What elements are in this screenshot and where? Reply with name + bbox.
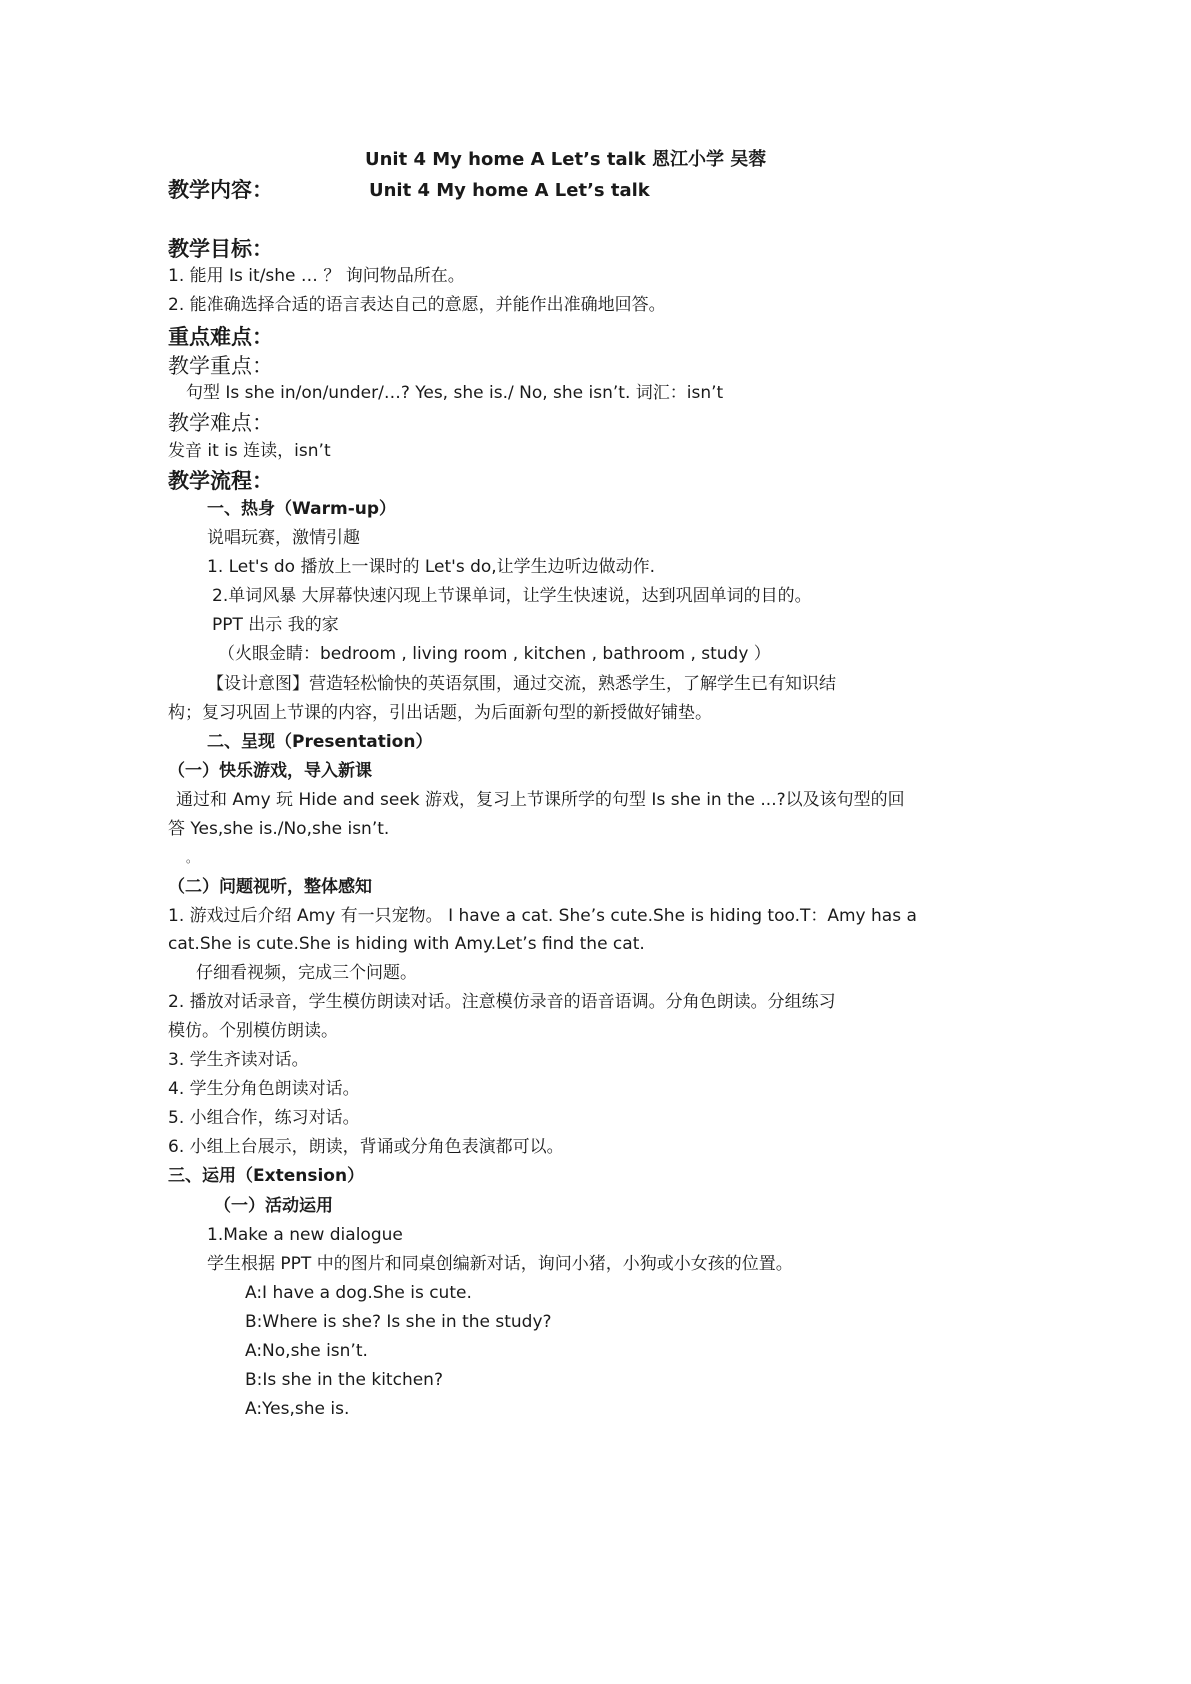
content-label: 教学内容： bbox=[168, 176, 273, 204]
dialogue-line: B:Where is she? Is she in the study? bbox=[245, 1310, 552, 1334]
focus-label: 教学重点： bbox=[168, 352, 273, 380]
presentation-heading: 二、呈现（Presentation） bbox=[207, 730, 432, 754]
focus-text: 句型 Is she in/on/under/…? Yes, she is./ N… bbox=[186, 381, 723, 405]
dialogue-line: B:Is she in the kitchen? bbox=[245, 1368, 443, 1392]
difficulty-text: 发音 it is 连读，isn’t bbox=[168, 439, 331, 463]
warmup-line: （火眼金睛：bedroom , living room , kitchen , … bbox=[218, 642, 771, 666]
design-intent-cont: 构；复习巩固上节课的内容，引出话题，为后面新句型的新授做好铺垫。 bbox=[168, 701, 712, 725]
presentation-part2-line: 仔细看视频，完成三个问题。 bbox=[196, 961, 417, 985]
presentation-part2-line: 6. 小组上台展示，朗读，背诵或分角色表演都可以。 bbox=[168, 1135, 564, 1159]
presentation-part2-line: 4. 学生分角色朗读对话。 bbox=[168, 1077, 360, 1101]
warmup-heading: 一、热身（Warm-up） bbox=[207, 497, 396, 521]
presentation-part1-heading: （一）快乐游戏，导入新课 bbox=[168, 759, 372, 783]
warmup-line: PPT 出示 我的家 bbox=[212, 613, 339, 637]
warmup-line: 说唱玩赛，激情引趣 bbox=[207, 526, 360, 550]
dialogue-line: A:Yes,she is. bbox=[245, 1397, 349, 1421]
extension-part1-heading: （一）活动运用 bbox=[214, 1194, 333, 1218]
content-value: Unit 4 My home A Let’s talk bbox=[369, 179, 650, 203]
objectives-heading: 教学目标： bbox=[168, 235, 273, 263]
objective-item: 2. 能准确选择合适的语言表达自己的意愿，并能作出准确地回答。 bbox=[168, 293, 666, 317]
difficulty-label: 教学难点： bbox=[168, 409, 273, 437]
dialogue-line: A:No,she isn’t. bbox=[245, 1339, 368, 1363]
stray-period: 。 bbox=[186, 846, 198, 870]
warmup-line: 1. Let's do 播放上一课时的 Let's do,让学生边听边做动作. bbox=[207, 555, 655, 579]
key-points-heading: 重点难点： bbox=[168, 323, 273, 351]
presentation-part2-line: 模仿。个别模仿朗读。 bbox=[168, 1019, 338, 1043]
presentation-part2-line: 5. 小组合作，练习对话。 bbox=[168, 1106, 360, 1130]
presentation-part2-line: 2. 播放对话录音，学生模仿朗读对话。注意模仿录音的语音语调。分角色朗读。分组练… bbox=[168, 990, 836, 1014]
extension-heading: 三、运用（Extension） bbox=[168, 1164, 364, 1188]
extension-task: 1.Make a new dialogue bbox=[207, 1223, 403, 1247]
presentation-part1-line: 答 Yes,she is./No,she isn’t. bbox=[168, 817, 389, 841]
design-intent: 【设计意图】营造轻松愉快的英语氛围，通过交流，熟悉学生，了解学生已有知识结 bbox=[207, 672, 836, 696]
dialogue-line: A:I have a dog.She is cute. bbox=[245, 1281, 472, 1305]
presentation-part2-line: 1. 游戏过后介绍 Amy 有一只宠物。 I have a cat. She’s… bbox=[168, 904, 917, 928]
presentation-part2-line: 3. 学生齐读对话。 bbox=[168, 1048, 309, 1072]
objective-item: 1. 能用 Is it/she … ？ 询问物品所在。 bbox=[168, 264, 465, 288]
extension-instruction: 学生根据 PPT 中的图片和同桌创编新对话，询问小猪，小狗或小女孩的位置。 bbox=[207, 1252, 793, 1276]
warmup-line: 2.单词风暴 大屏幕快速闪现上节课单词，让学生快速说，达到巩固单词的目的。 bbox=[212, 584, 812, 608]
procedure-heading: 教学流程： bbox=[168, 467, 273, 495]
presentation-part2-heading: （二）问题视听，整体感知 bbox=[168, 875, 372, 899]
presentation-part2-line: cat.She is cute.She is hiding with Amy.L… bbox=[168, 932, 645, 956]
presentation-part1-line: 通过和 Amy 玩 Hide and seek 游戏，复习上节课所学的句型 Is… bbox=[176, 788, 905, 812]
document-title: Unit 4 My home A Let’s talk 恩江小学 吴蓉 bbox=[365, 148, 766, 172]
